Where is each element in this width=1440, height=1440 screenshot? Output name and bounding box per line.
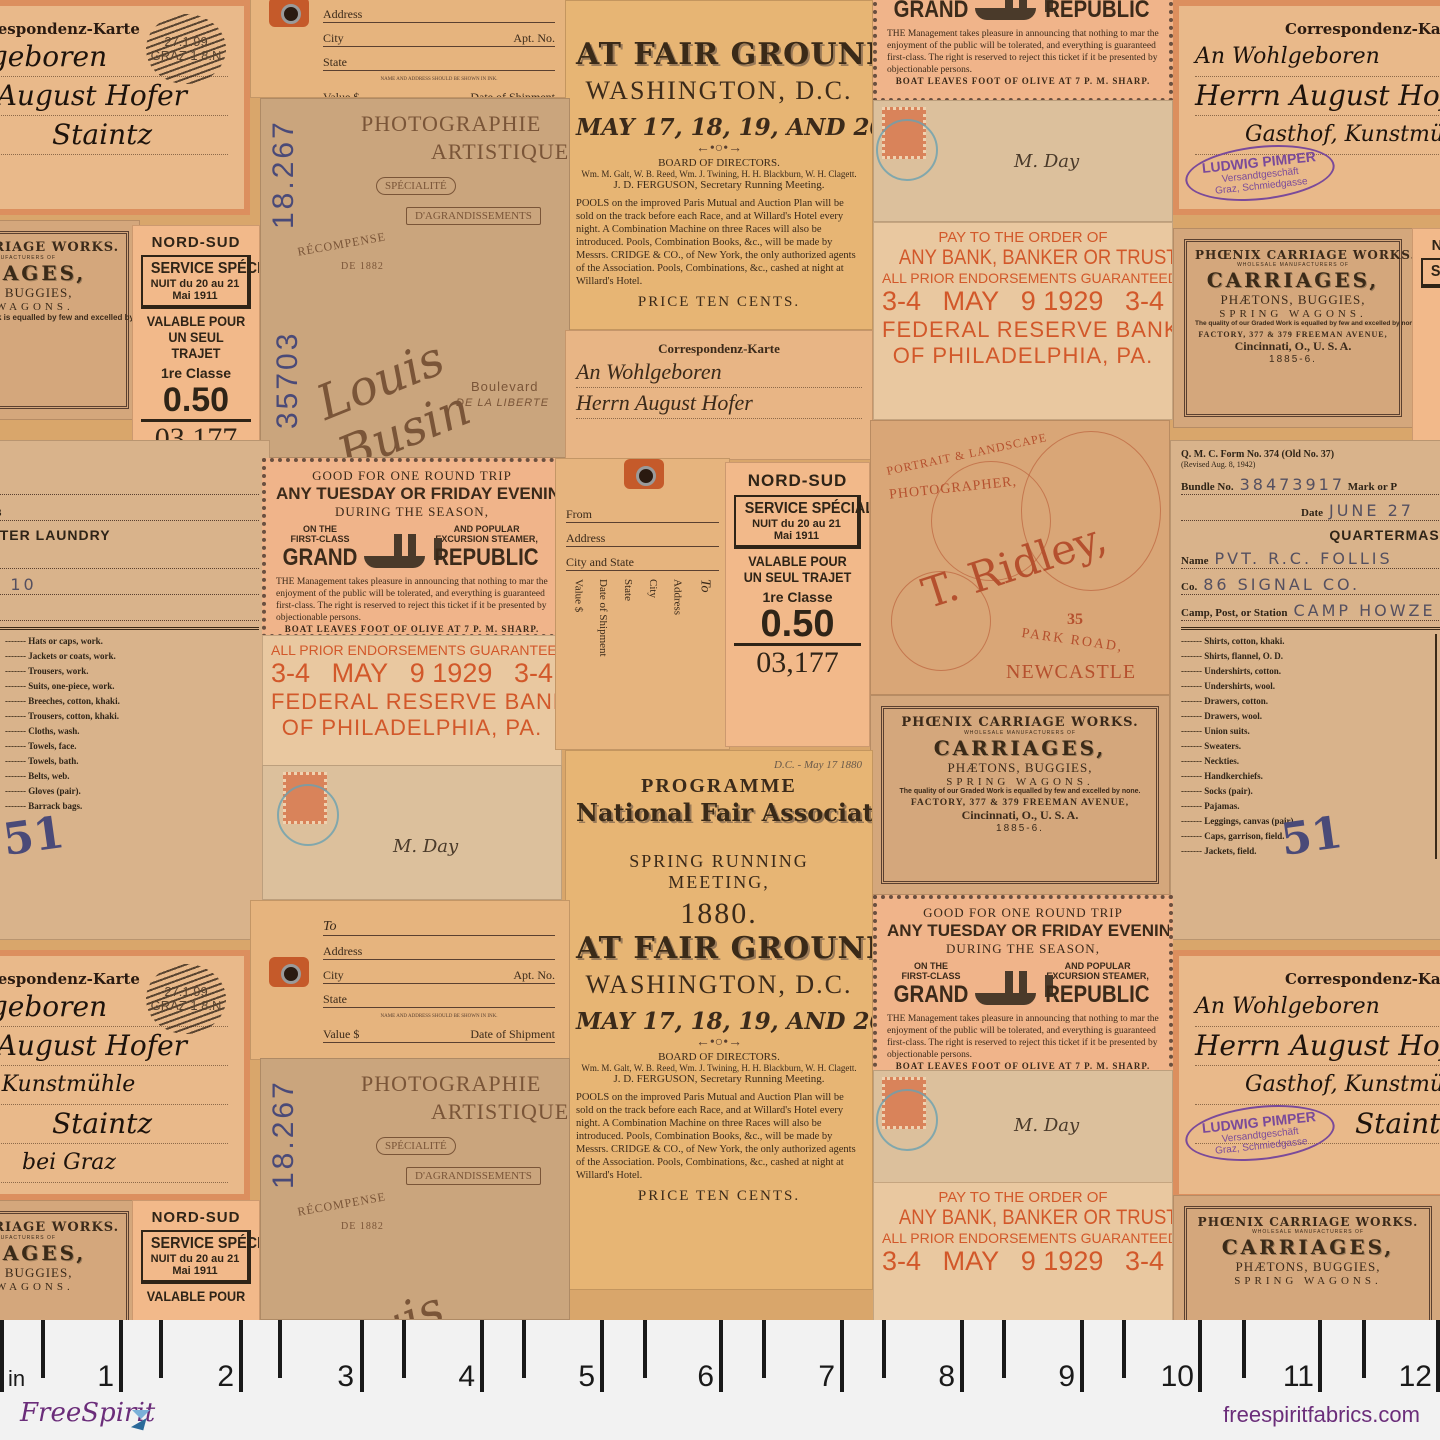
postcard-pimper-lower: Correspondenz-Karte An Wohlgeboren Herrn… <box>1173 950 1440 1200</box>
ruler-tick <box>1318 1320 1322 1392</box>
tag-field: Address <box>323 0 555 23</box>
ruler-tick <box>159 1320 163 1378</box>
steamboat-icon <box>364 532 425 572</box>
programme-secretary: J. D. FERGUSON, Secretary Running Meetin… <box>576 179 862 191</box>
ruler-tick <box>239 1320 243 1392</box>
ruler-tick <box>360 1320 364 1392</box>
fabric-pattern: Correspondenz-Karte 27.1.99 GRAZ 1 8.N A… <box>0 0 1440 1320</box>
programme-city: WASHINGTON, D.C. <box>576 76 862 106</box>
programme-pools: POOLS on the improved Paris Mutual and A… <box>576 197 862 288</box>
ruler-tick <box>960 1320 964 1392</box>
postcard-graz-lower: Correspondenz-Karte 27.1.99 GRAZ 1 8.N A… <box>0 950 250 1200</box>
carriage-works-center: PHŒNIX CARRIAGE WORKS. WHOLESALE MANUFAC… <box>870 695 1170 895</box>
postmark-circle-icon <box>876 1089 938 1151</box>
ruler-tick <box>1436 1320 1440 1392</box>
ruler-tick <box>882 1320 886 1378</box>
envelope-mid: M. Day <box>262 765 562 900</box>
postcard-pimper: Correspondenz-Karte An Wohlgeboren Herrn… <box>1173 0 1440 215</box>
ruler-tick <box>1362 1320 1366 1378</box>
tag-eyelet-icon <box>269 957 309 987</box>
programme-heading: PROGRAMME <box>576 775 862 798</box>
tag-eyelet-icon <box>624 459 664 489</box>
postmark-icon: 27.1.99 GRAZ 1 8.N <box>146 964 226 1034</box>
postcard-line: Staintz <box>0 116 228 155</box>
ruler-tick <box>600 1320 604 1392</box>
programme-association: National Fair Association <box>576 798 862 827</box>
steamer-ticket-top: FIRST-CLASSGRAND EXCURSION STEAMER,REPUB… <box>873 0 1173 102</box>
nord-sud-ticket-lower: NORD-SUD SERVICE SPÉCIALNUIT du 20 au 21… <box>132 1200 260 1320</box>
ruler-tick <box>0 1320 4 1392</box>
ruler-tick <box>119 1320 123 1392</box>
ruler-number: 9 <box>1035 1360 1075 1394</box>
ruler-tick <box>1198 1320 1202 1392</box>
ticket-price: 0.50 <box>141 381 251 422</box>
ridley-photographer-card: PORTRAIT & LANDSCAPE PHOTOGRAPHER, T. Ri… <box>870 420 1170 695</box>
carriage-works-left: PHŒNIX CARRIAGE WORKS. WHOLESALE MANUFAC… <box>0 220 140 420</box>
website-link[interactable]: freespiritfabrics.com <box>1223 1402 1420 1428</box>
ruler-number: 7 <box>795 1360 835 1394</box>
ruler-tick <box>840 1320 844 1392</box>
ruler-tick <box>480 1320 484 1392</box>
ruler-tick <box>643 1320 647 1378</box>
programme-main: D.C. - May 17 1880 PROGRAMME National Fa… <box>565 750 873 1290</box>
programme-directors: Wm. M. Galt, W. B. Reed, Wm. J. Twining,… <box>576 169 862 179</box>
nord-sud-ticket-center: NORD-SUD SERVICE SPÉCIALNUIT du 20 au 21… <box>725 462 870 747</box>
shipping-tag-lower: To Address CityApt. No. State NAME AND A… <box>250 900 570 1060</box>
bank-stamp-top: PAY TO THE ORDER OF ANY BANK, BANKER OR … <box>873 222 1173 420</box>
programme-dates: MAY 17, 18, 19, AND 20. <box>576 114 862 141</box>
steamboat-icon <box>975 969 1036 1009</box>
tag-field: State <box>323 47 555 71</box>
measurement-ruler: in 1 2 3 4 5 6 7 8 9 10 11 12 FreeSpirit… <box>0 1320 1440 1440</box>
tag-field: CityApt. No. <box>323 23 555 47</box>
envelope-lower: M. Day <box>873 1070 1173 1185</box>
logo-triangle-icon <box>132 1410 150 1419</box>
shipping-tag-vertical: From Address City and State Value $ Date… <box>555 458 730 750</box>
laundry-form-right: Q. M. C. Form No. 374 (Old No. 37) (Revi… <box>1170 440 1440 940</box>
ruler-tick <box>1242 1320 1246 1378</box>
ruler-number: 10 <box>1154 1360 1194 1394</box>
postcard-graz: Correspondenz-Karte 27.1.99 GRAZ 1 8.N A… <box>0 0 250 215</box>
ruler-tick <box>41 1320 45 1378</box>
steamer-ticket-mid: GOOD FOR ONE ROUND TRIP ANY TUESDAY OR F… <box>262 458 562 638</box>
ornament-icon: ←•○•→ <box>576 1035 862 1051</box>
envelope-top: M. Day <box>873 100 1173 222</box>
ruler-tick <box>762 1320 766 1378</box>
carriage-works-lower-left: PHŒNIX CARRIAGE WORKS. WHOLESALE MANUFAC… <box>0 1200 140 1320</box>
ruler-number: 6 <box>674 1360 714 1394</box>
ruler-tick <box>1122 1320 1126 1378</box>
tag-field: Value $Date of Shipment <box>323 82 555 98</box>
envelope-signature: M. Day <box>1014 151 1079 172</box>
programme-board: BOARD OF DIRECTORS. <box>576 157 862 169</box>
bank-stamp-lower: PAY TO THE ORDER OF ANY BANK, BANKER OR … <box>873 1182 1173 1320</box>
postmark-icon: 27.1.99 GRAZ 1 8.N <box>146 14 226 84</box>
tag-eyelet-icon <box>269 0 309 27</box>
ruler-tick <box>278 1320 282 1378</box>
ruler-number: 12 <box>1392 1360 1432 1394</box>
ruler-tick <box>402 1320 406 1378</box>
ruler-number: 4 <box>435 1360 475 1394</box>
photographie-card-lower: PHOTOGRAPHIE ARTISTIQUE SPÉCIALITÉ D'AGR… <box>260 1058 570 1320</box>
photographie-card: PHOTOGRAPHIE ARTISTIQUE SPÉCIALITÉ D'AGR… <box>260 98 570 458</box>
steamboat-icon <box>975 0 1036 24</box>
postmark-circle-icon <box>876 119 938 181</box>
ruler-number: 3 <box>314 1360 354 1394</box>
shipping-tag: Address CityApt. No. State NAME AND ADDR… <box>250 0 570 98</box>
ruler-tick <box>719 1320 723 1392</box>
ruler-number: 8 <box>915 1360 955 1394</box>
ruler-tick <box>1002 1320 1006 1378</box>
postmark-circle-icon <box>277 784 339 846</box>
tag-letter-card: Correspondenz-Karte An Wohlgeboren Herrn… <box>565 330 873 460</box>
carriage-works-right: PHŒNIX CARRIAGE WORKS. WHOLESALE MANUFAC… <box>1173 228 1413 428</box>
programme-top: AT FAIR GROUNDS. WASHINGTON, D.C. MAY 17… <box>565 0 873 330</box>
ruler-number: 11 <box>1274 1360 1314 1394</box>
bank-stamp-mid: ALL PRIOR ENDORSEMENTS GUARANTEED 3-4MAY… <box>262 635 562 770</box>
ruler-tick <box>1080 1320 1084 1392</box>
ornament-icon: ←•○•→ <box>576 141 862 157</box>
steamer-ticket-lower: GOOD FOR ONE ROUND TRIP ANY TUESDAY OR F… <box>873 895 1173 1075</box>
ruler-tick <box>522 1320 526 1378</box>
ruler-number: 5 <box>555 1360 595 1394</box>
ruler-number: 2 <box>194 1360 234 1394</box>
laundry-form-left: Q. M. C. Form No. 374 (Old No. 37) (Revi… <box>0 440 270 940</box>
programme-price: PRICE TEN CENTS. <box>576 294 862 311</box>
photographer-name: Louis Busin <box>309 287 570 458</box>
programme-venue: AT FAIR GROUNDS. <box>576 37 862 72</box>
ruler-unit: in <box>8 1366 25 1392</box>
carriage-works-lower-right: PHŒNIX CARRIAGE WORKS. WHOLESALE MANUFAC… <box>1173 1195 1440 1320</box>
ruler-number: 1 <box>74 1360 114 1394</box>
